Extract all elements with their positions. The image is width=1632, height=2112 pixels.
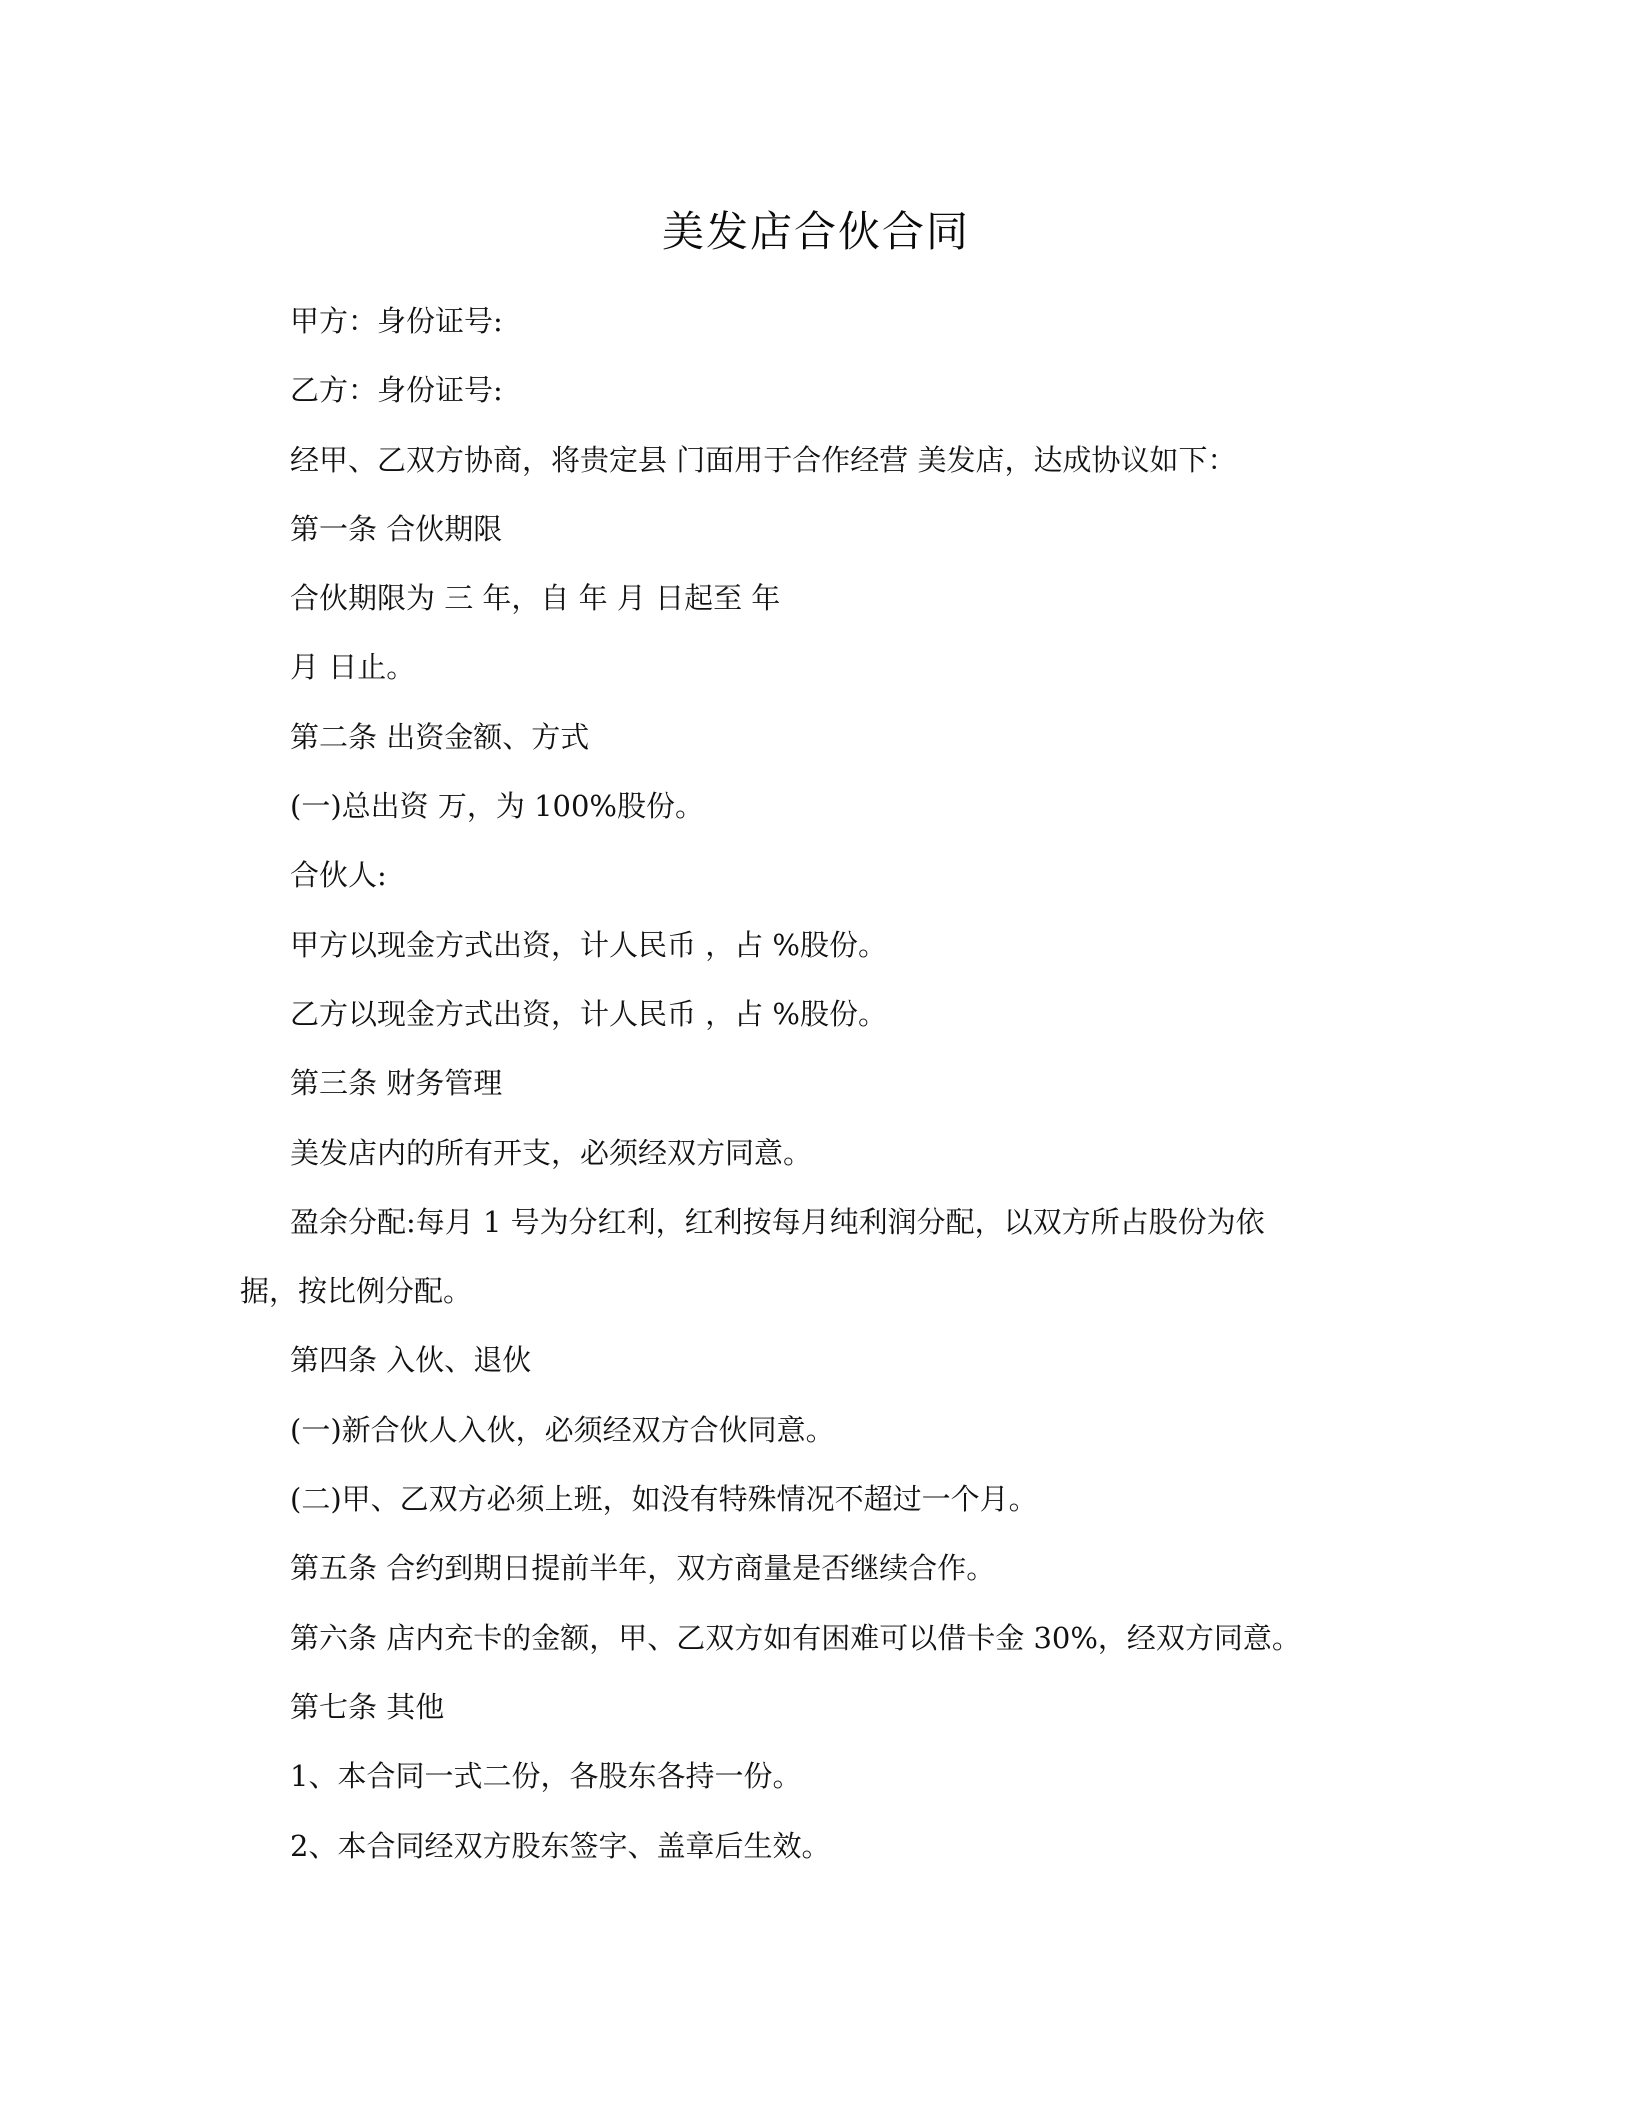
article-1-heading: 第一条 合伙期限: [240, 495, 1370, 564]
article-3-profit-distribution-cont: 据，按比例分配。: [240, 1257, 1370, 1326]
article-2-partners-label: 合伙人:: [240, 841, 1370, 910]
party-a-line: 甲方：身份证号:: [240, 287, 1370, 356]
article-4-attendance: (二)甲、乙双方必须上班，如没有特殊情况不超过一个月。: [240, 1465, 1370, 1534]
article-2-party-a-investment: 甲方以现金方式出资，计人民币 ，占 %股份。: [240, 911, 1370, 980]
preamble-line: 经甲、乙双方协商，将贵定县 门面用于合作经营 美发店，达成协议如下：: [240, 426, 1370, 495]
document-page: 美发店合伙合同 甲方：身份证号: 乙方：身份证号: 经甲、乙双方协商，将贵定县 …: [0, 0, 1632, 2112]
article-2-party-b-investment: 乙方以现金方式出资，计人民币 ，占 %股份。: [240, 980, 1370, 1049]
article-4-heading: 第四条 入伙、退伙: [240, 1326, 1370, 1395]
article-1-term-end-line: 月 日止。: [240, 633, 1370, 702]
article-7-copies: 1、本合同一式二份，各股东各持一份。: [240, 1742, 1370, 1811]
article-6: 第六条 店内充卡的金额，甲、乙双方如有困难可以借卡金 30%，经双方同意。: [240, 1604, 1370, 1673]
article-5: 第五条 合约到期日提前半年，双方商量是否继续合作。: [240, 1534, 1370, 1603]
article-2-total-investment: (一)总出资 万，为 100%股份。: [240, 772, 1370, 841]
party-b-line: 乙方：身份证号:: [240, 356, 1370, 425]
document-body: 甲方：身份证号: 乙方：身份证号: 经甲、乙双方协商，将贵定县 门面用于合作经营…: [240, 287, 1370, 1881]
article-1-term-line: 合伙期限为 三 年，自 年 月 日起至 年: [240, 564, 1370, 633]
document-title: 美发店合伙合同: [0, 203, 1632, 261]
article-3-heading: 第三条 财务管理: [240, 1049, 1370, 1118]
article-4-new-partner: (一)新合伙人入伙，必须经双方合伙同意。: [240, 1396, 1370, 1465]
article-7-effective: 2、本合同经双方股东签字、盖章后生效。: [240, 1812, 1370, 1881]
article-2-heading: 第二条 出资金额、方式: [240, 703, 1370, 772]
article-7-heading: 第七条 其他: [240, 1673, 1370, 1742]
article-3-profit-distribution: 盈余分配:每月 1 号为分红利，红利按每月纯利润分配，以双方所占股份为依: [240, 1188, 1370, 1257]
article-3-expenses: 美发店内的所有开支，必须经双方同意。: [240, 1119, 1370, 1188]
